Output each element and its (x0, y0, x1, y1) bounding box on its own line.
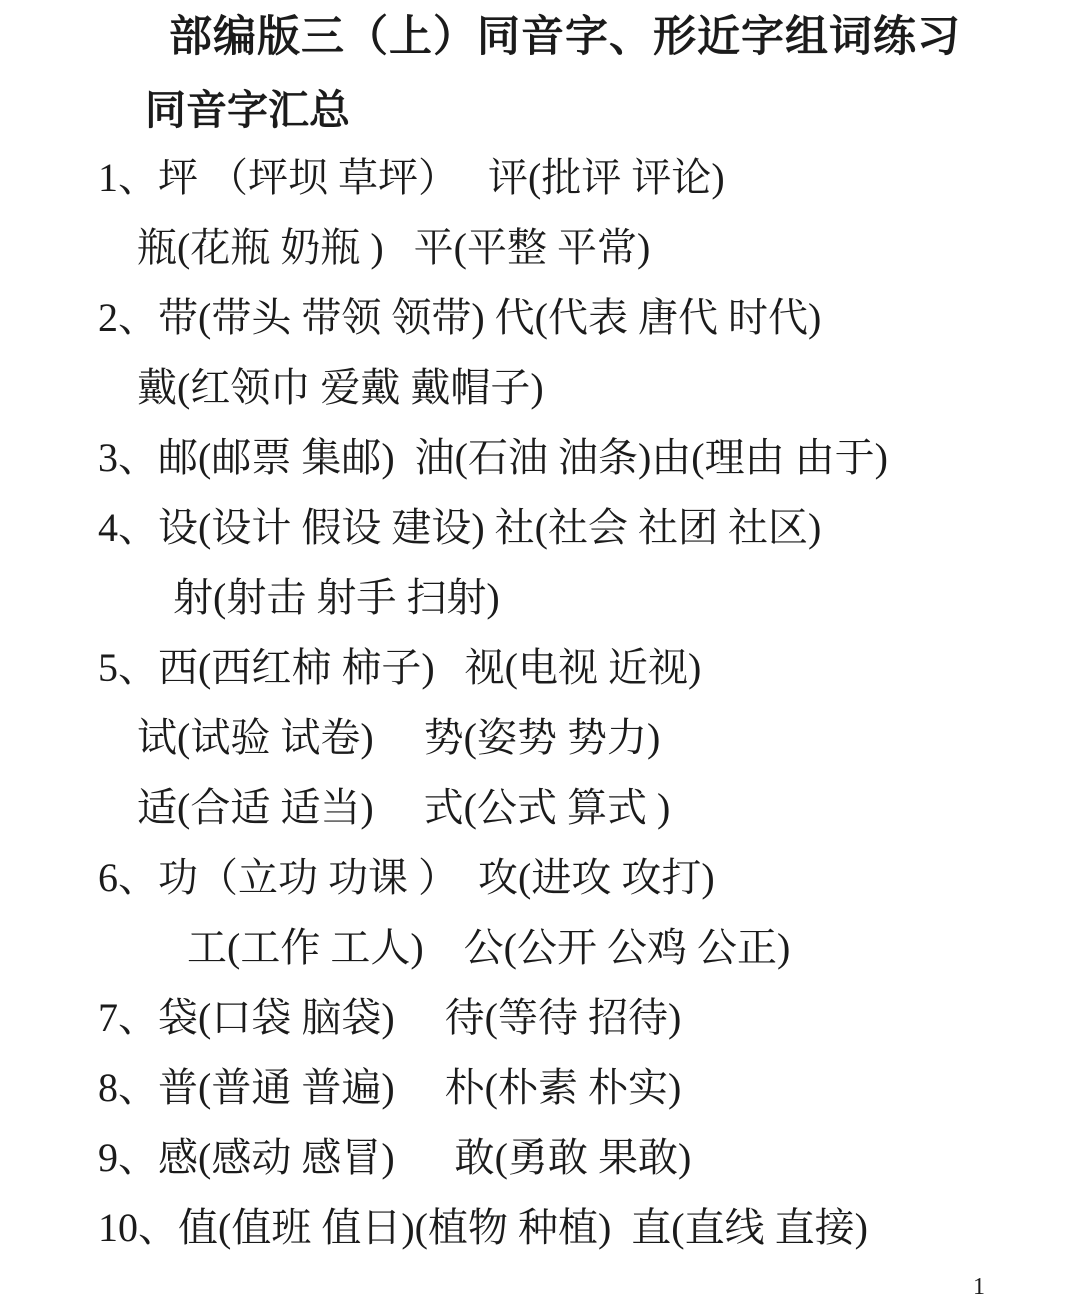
text-line: 4、设(设计 假设 建设) 社(社会 社团 社区) (0, 493, 1080, 563)
text-line: 2、带(带头 带领 领带) 代(代表 唐代 时代) (0, 283, 1080, 353)
text-line: 9、感(感动 感冒) 敢(勇敢 果敢) (0, 1123, 1080, 1193)
text-line: 工(工作 工人) 公(公开 公鸡 公正) (0, 913, 1080, 983)
worksheet-page: 部编版三（上）同音字、形近字组词练习 同音字汇总 1、坪 （坪坝 草坪） 评(批… (0, 0, 1080, 1307)
text-line: 试(试验 试卷) 势(姿势 势力) (0, 703, 1080, 773)
homophone-list: 1、坪 （坪坝 草坪） 评(批评 评论)瓶(花瓶 奶瓶 ) 平(平整 平常)2、… (0, 143, 1080, 1263)
text-line: 3、邮(邮票 集邮) 油(石油 油条)由(理由 由于) (0, 423, 1080, 493)
section-heading: 同音字汇总 (145, 88, 1080, 132)
text-line: 适(合适 适当) 式(公式 算式 ) (0, 773, 1080, 843)
text-line: 1、坪 （坪坝 草坪） 评(批评 评论) (0, 143, 1080, 213)
text-line: 瓶(花瓶 奶瓶 ) 平(平整 平常) (0, 213, 1080, 283)
text-line: 射(射击 射手 扫射) (0, 563, 1080, 633)
page-title: 部编版三（上）同音字、形近字组词练习 (50, 0, 1080, 62)
text-line: 10、值(值班 值日)(植物 种植) 直(直线 直接) (0, 1193, 1080, 1263)
text-line: 8、普(普通 普遍) 朴(朴素 朴实) (0, 1053, 1080, 1123)
text-line: 5、西(西红柿 柿子) 视(电视 近视) (0, 633, 1080, 703)
text-line: 6、功（立功 功课 ） 攻(进攻 攻打) (0, 843, 1080, 913)
text-line: 戴(红领巾 爱戴 戴帽子) (0, 353, 1080, 423)
page-number: 1 (973, 1275, 985, 1299)
text-line: 7、袋(口袋 脑袋) 待(等待 招待) (0, 983, 1080, 1053)
